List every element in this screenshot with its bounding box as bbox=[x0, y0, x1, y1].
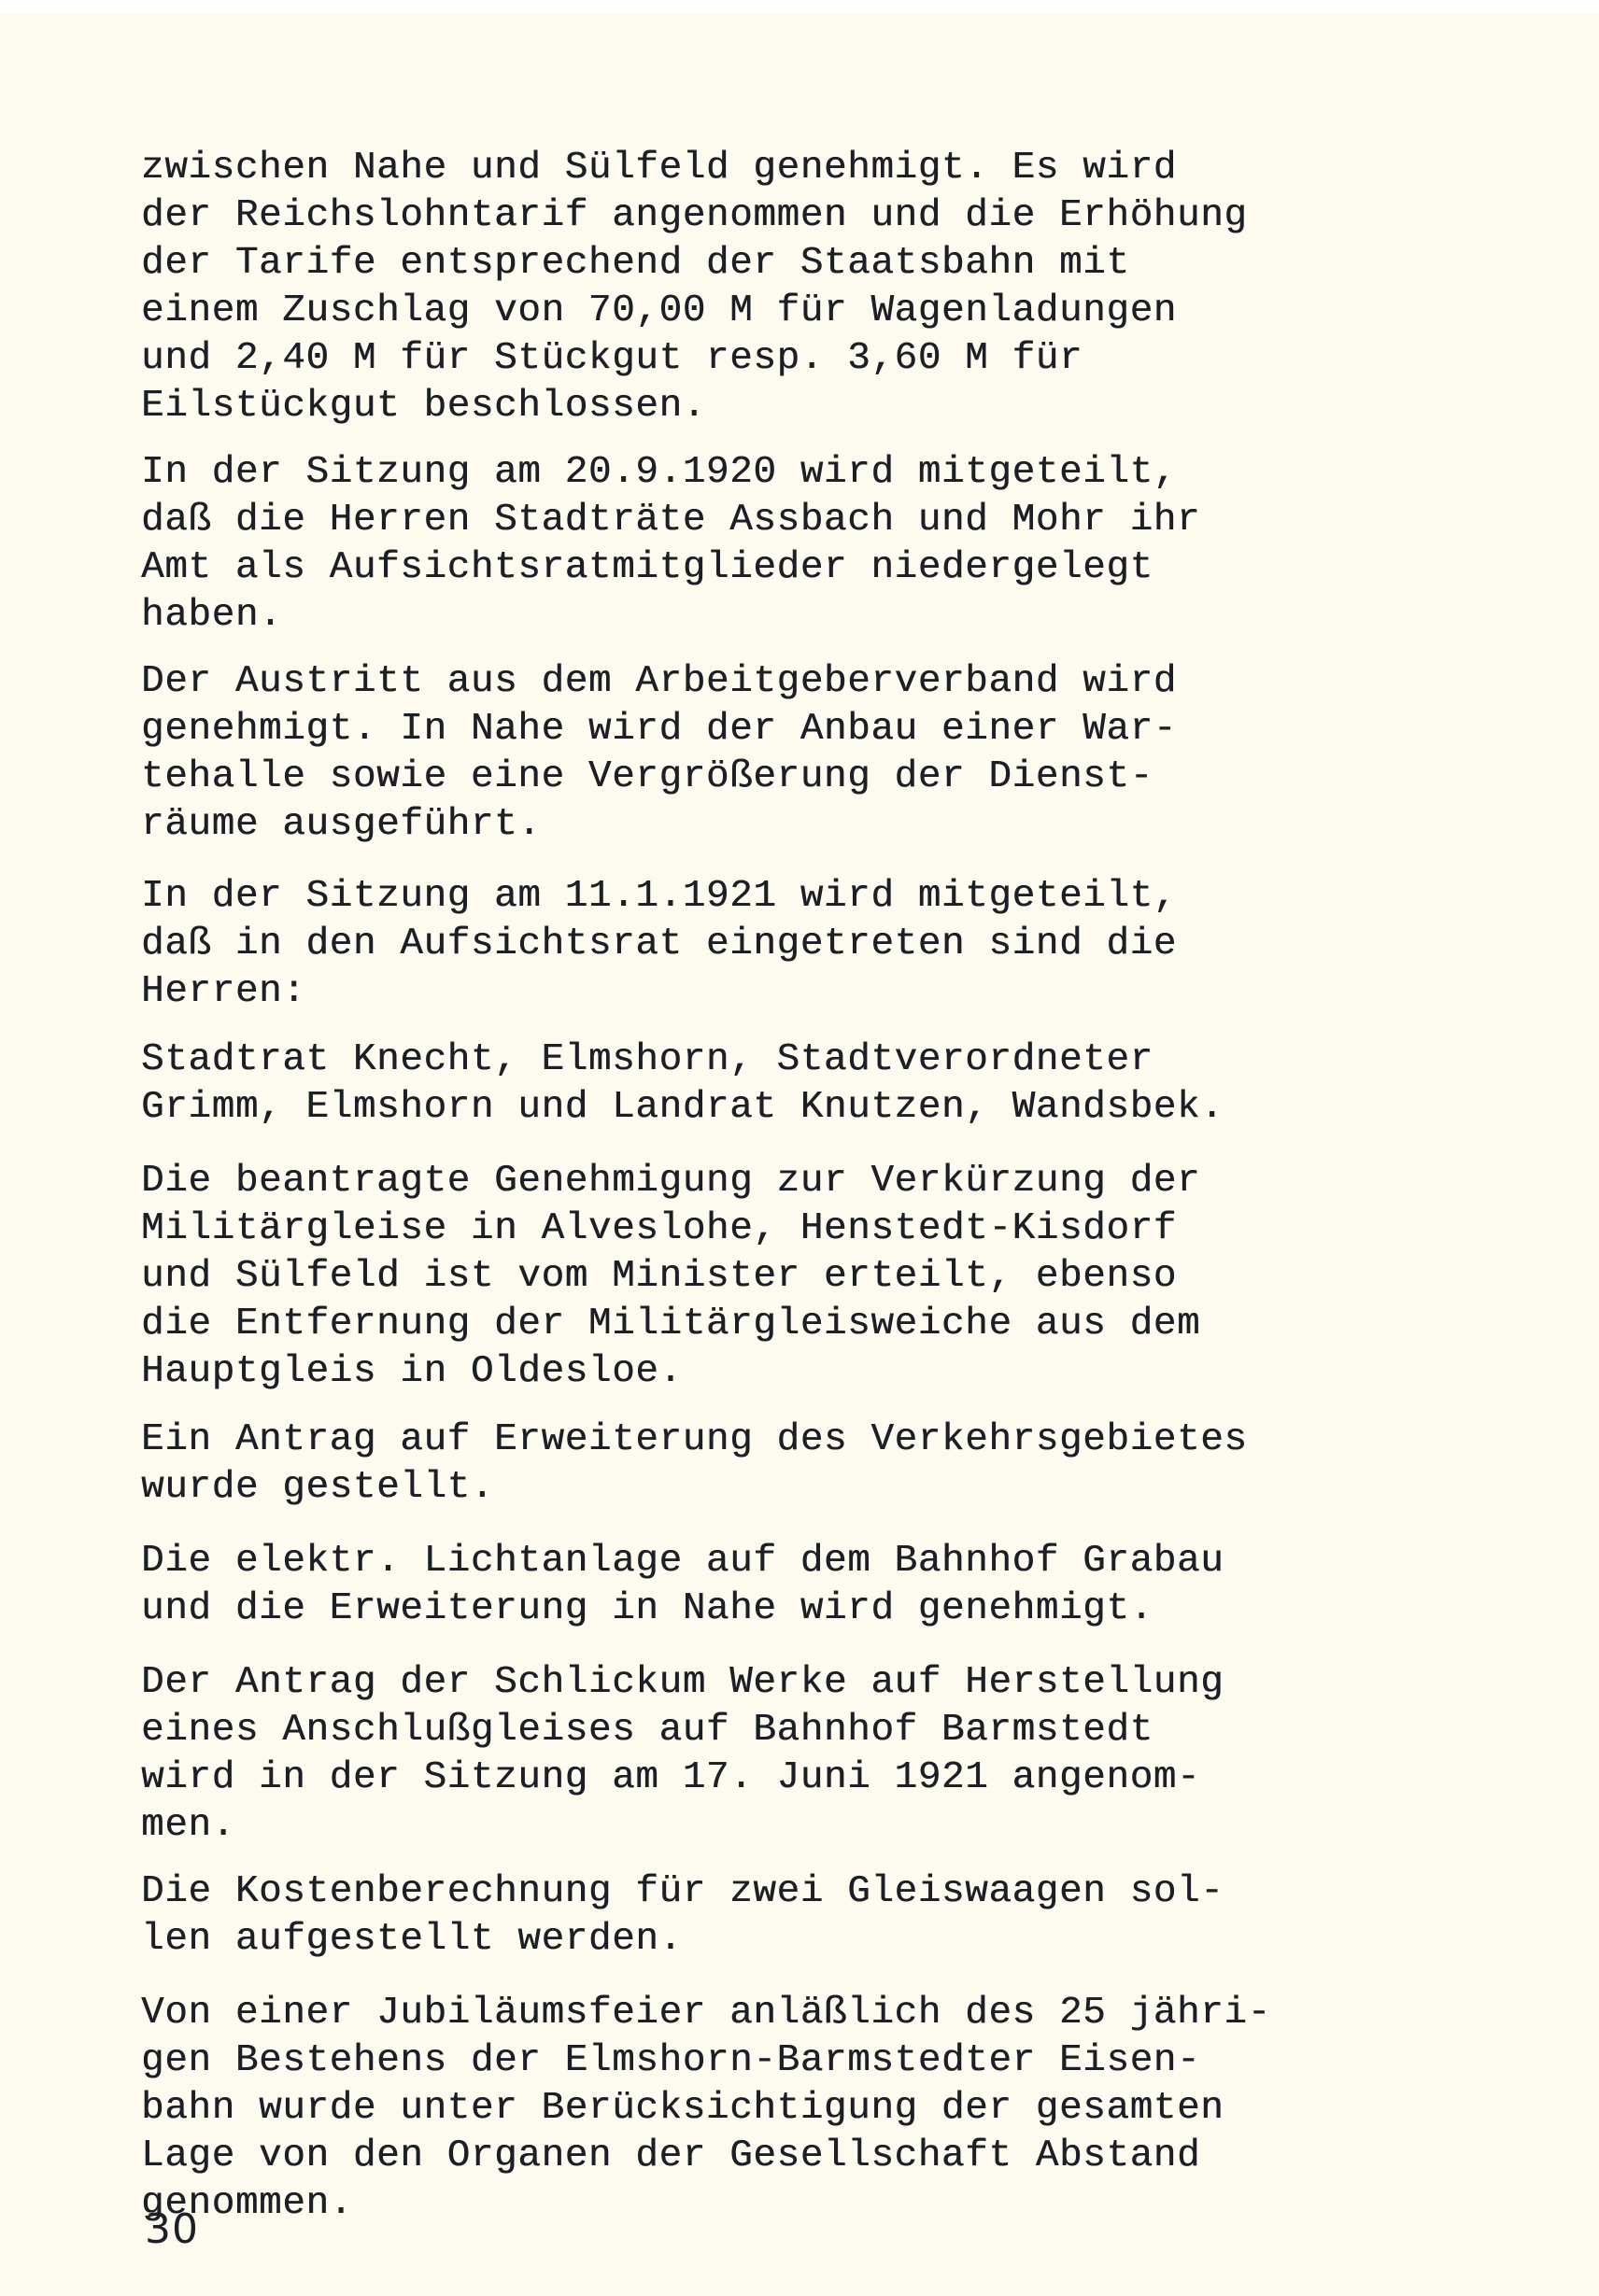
text-line: zwischen Nahe und Sülfeld genehmigt. Es … bbox=[141, 145, 1523, 192]
text-line: len aufgestellt werden. bbox=[141, 1916, 1523, 1964]
paragraph-siding: Der Antrag der Schlickum Werke auf Herst… bbox=[141, 1659, 1523, 1850]
text-line: Herren: bbox=[141, 968, 1523, 1016]
text-line: wird in der Sitzung am 17. Juni 1921 ang… bbox=[141, 1754, 1523, 1802]
text-line: Die Kostenberechnung für zwei Gleiswaage… bbox=[141, 1868, 1523, 1916]
text-line: In der Sitzung am 20.9.1920 wird mitgete… bbox=[141, 449, 1523, 497]
paragraph-tariff: zwischen Nahe und Sülfeld genehmigt. Es … bbox=[141, 145, 1523, 430]
text-line: gen Bestehens der Elmshorn-Barmstedter E… bbox=[141, 2037, 1523, 2085]
text-line: der Tarife entsprechend der Staatsbahn m… bbox=[141, 240, 1523, 288]
text-line: men. bbox=[141, 1802, 1523, 1850]
text-line: Hauptgleis in Oldesloe. bbox=[141, 1348, 1523, 1396]
page-number: 30 bbox=[145, 2205, 199, 2253]
text-line: die Entfernung der Militärgleisweiche au… bbox=[141, 1301, 1523, 1348]
text-line: Von einer Jubiläumsfeier anläßlich des 2… bbox=[141, 1990, 1523, 2037]
text-line: räume ausgeführt. bbox=[141, 801, 1523, 849]
paragraph-board-members: Stadtrat Knecht, Elmshorn, Stadtverordne… bbox=[141, 1036, 1523, 1132]
text-line: einem Zuschlag von 70,00 M für Wagenladu… bbox=[141, 288, 1523, 335]
paragraph-session-1920: In der Sitzung am 20.9.1920 wird mitgete… bbox=[141, 449, 1523, 640]
text-line: Eilstückgut beschlossen. bbox=[141, 383, 1523, 430]
text-line: wurde gestellt. bbox=[141, 1464, 1523, 1512]
text-line: Stadtrat Knecht, Elmshorn, Stadtverordne… bbox=[141, 1036, 1523, 1084]
text-line: tehalle sowie eine Vergrößerung der Dien… bbox=[141, 754, 1523, 801]
text-line: Der Austritt aus dem Arbeitgeberverband … bbox=[141, 658, 1523, 706]
paragraph-gap bbox=[141, 849, 1523, 873]
paragraph-gap bbox=[141, 1512, 1523, 1538]
paragraph-lighting: Die elektr. Lichtanlage auf dem Bahnhof … bbox=[141, 1538, 1523, 1633]
text-line: In der Sitzung am 11.1.1921 wird mitgete… bbox=[141, 873, 1523, 921]
text-line: und 2,40 M für Stückgut resp. 3,60 M für bbox=[141, 335, 1523, 383]
text-line: daß die Herren Stadträte Assbach und Moh… bbox=[141, 497, 1523, 544]
paragraph-employers-association: Der Austritt aus dem Arbeitgeberverband … bbox=[141, 658, 1523, 849]
paragraph-gap bbox=[141, 1132, 1523, 1158]
text-line: Die beantragte Genehmigung zur Verkürzun… bbox=[141, 1158, 1523, 1205]
typewritten-page: zwischen Nahe und Sülfeld genehmigt. Es … bbox=[141, 145, 1523, 2228]
paragraph-gap bbox=[141, 1964, 1523, 1990]
paragraph-traffic-area: Ein Antrag auf Erweiterung des Verkehrsg… bbox=[141, 1416, 1523, 1512]
text-line: Amt als Aufsichtsratmitglieder niedergel… bbox=[141, 544, 1523, 592]
paragraph-gap bbox=[141, 1016, 1523, 1036]
text-line: bahn wurde unter Berücksichtigung der ge… bbox=[141, 2085, 1523, 2133]
text-line: genehmigt. In Nahe wird der Anbau einer … bbox=[141, 706, 1523, 754]
text-line: Die elektr. Lichtanlage auf dem Bahnhof … bbox=[141, 1538, 1523, 1585]
text-line: und Sülfeld ist vom Minister erteilt, eb… bbox=[141, 1253, 1523, 1301]
paragraph-scales: Die Kostenberechnung für zwei Gleiswaage… bbox=[141, 1868, 1523, 1964]
text-line: eines Anschlußgleises auf Bahnhof Barmst… bbox=[141, 1707, 1523, 1754]
text-line: Grimm, Elmshorn und Landrat Knutzen, Wan… bbox=[141, 1084, 1523, 1132]
text-line: daß in den Aufsichtsrat eingetreten sind… bbox=[141, 921, 1523, 968]
paragraph-military-tracks: Die beantragte Genehmigung zur Verkürzun… bbox=[141, 1158, 1523, 1396]
paragraph-anniversary: Von einer Jubiläumsfeier anläßlich des 2… bbox=[141, 1990, 1523, 2228]
paragraph-gap bbox=[141, 1633, 1523, 1659]
text-line: und die Erweiterung in Nahe wird genehmi… bbox=[141, 1585, 1523, 1633]
paragraph-gap bbox=[141, 1850, 1523, 1868]
paragraph-gap bbox=[141, 1396, 1523, 1416]
text-line: Der Antrag der Schlickum Werke auf Herst… bbox=[141, 1659, 1523, 1707]
text-line: Militärgleise in Alveslohe, Henstedt-Kis… bbox=[141, 1205, 1523, 1253]
paragraph-session-1921: In der Sitzung am 11.1.1921 wird mitgete… bbox=[141, 873, 1523, 1016]
paragraph-gap bbox=[141, 640, 1523, 658]
text-line: der Reichslohntarif angenommen und die E… bbox=[141, 192, 1523, 240]
text-line: genommen. bbox=[141, 2180, 1523, 2228]
paragraph-gap bbox=[141, 430, 1523, 449]
text-line: Lage von den Organen der Gesellschaft Ab… bbox=[141, 2133, 1523, 2180]
scan-top-edge bbox=[0, 0, 1599, 13]
text-line: Ein Antrag auf Erweiterung des Verkehrsg… bbox=[141, 1416, 1523, 1464]
text-line: haben. bbox=[141, 592, 1523, 640]
